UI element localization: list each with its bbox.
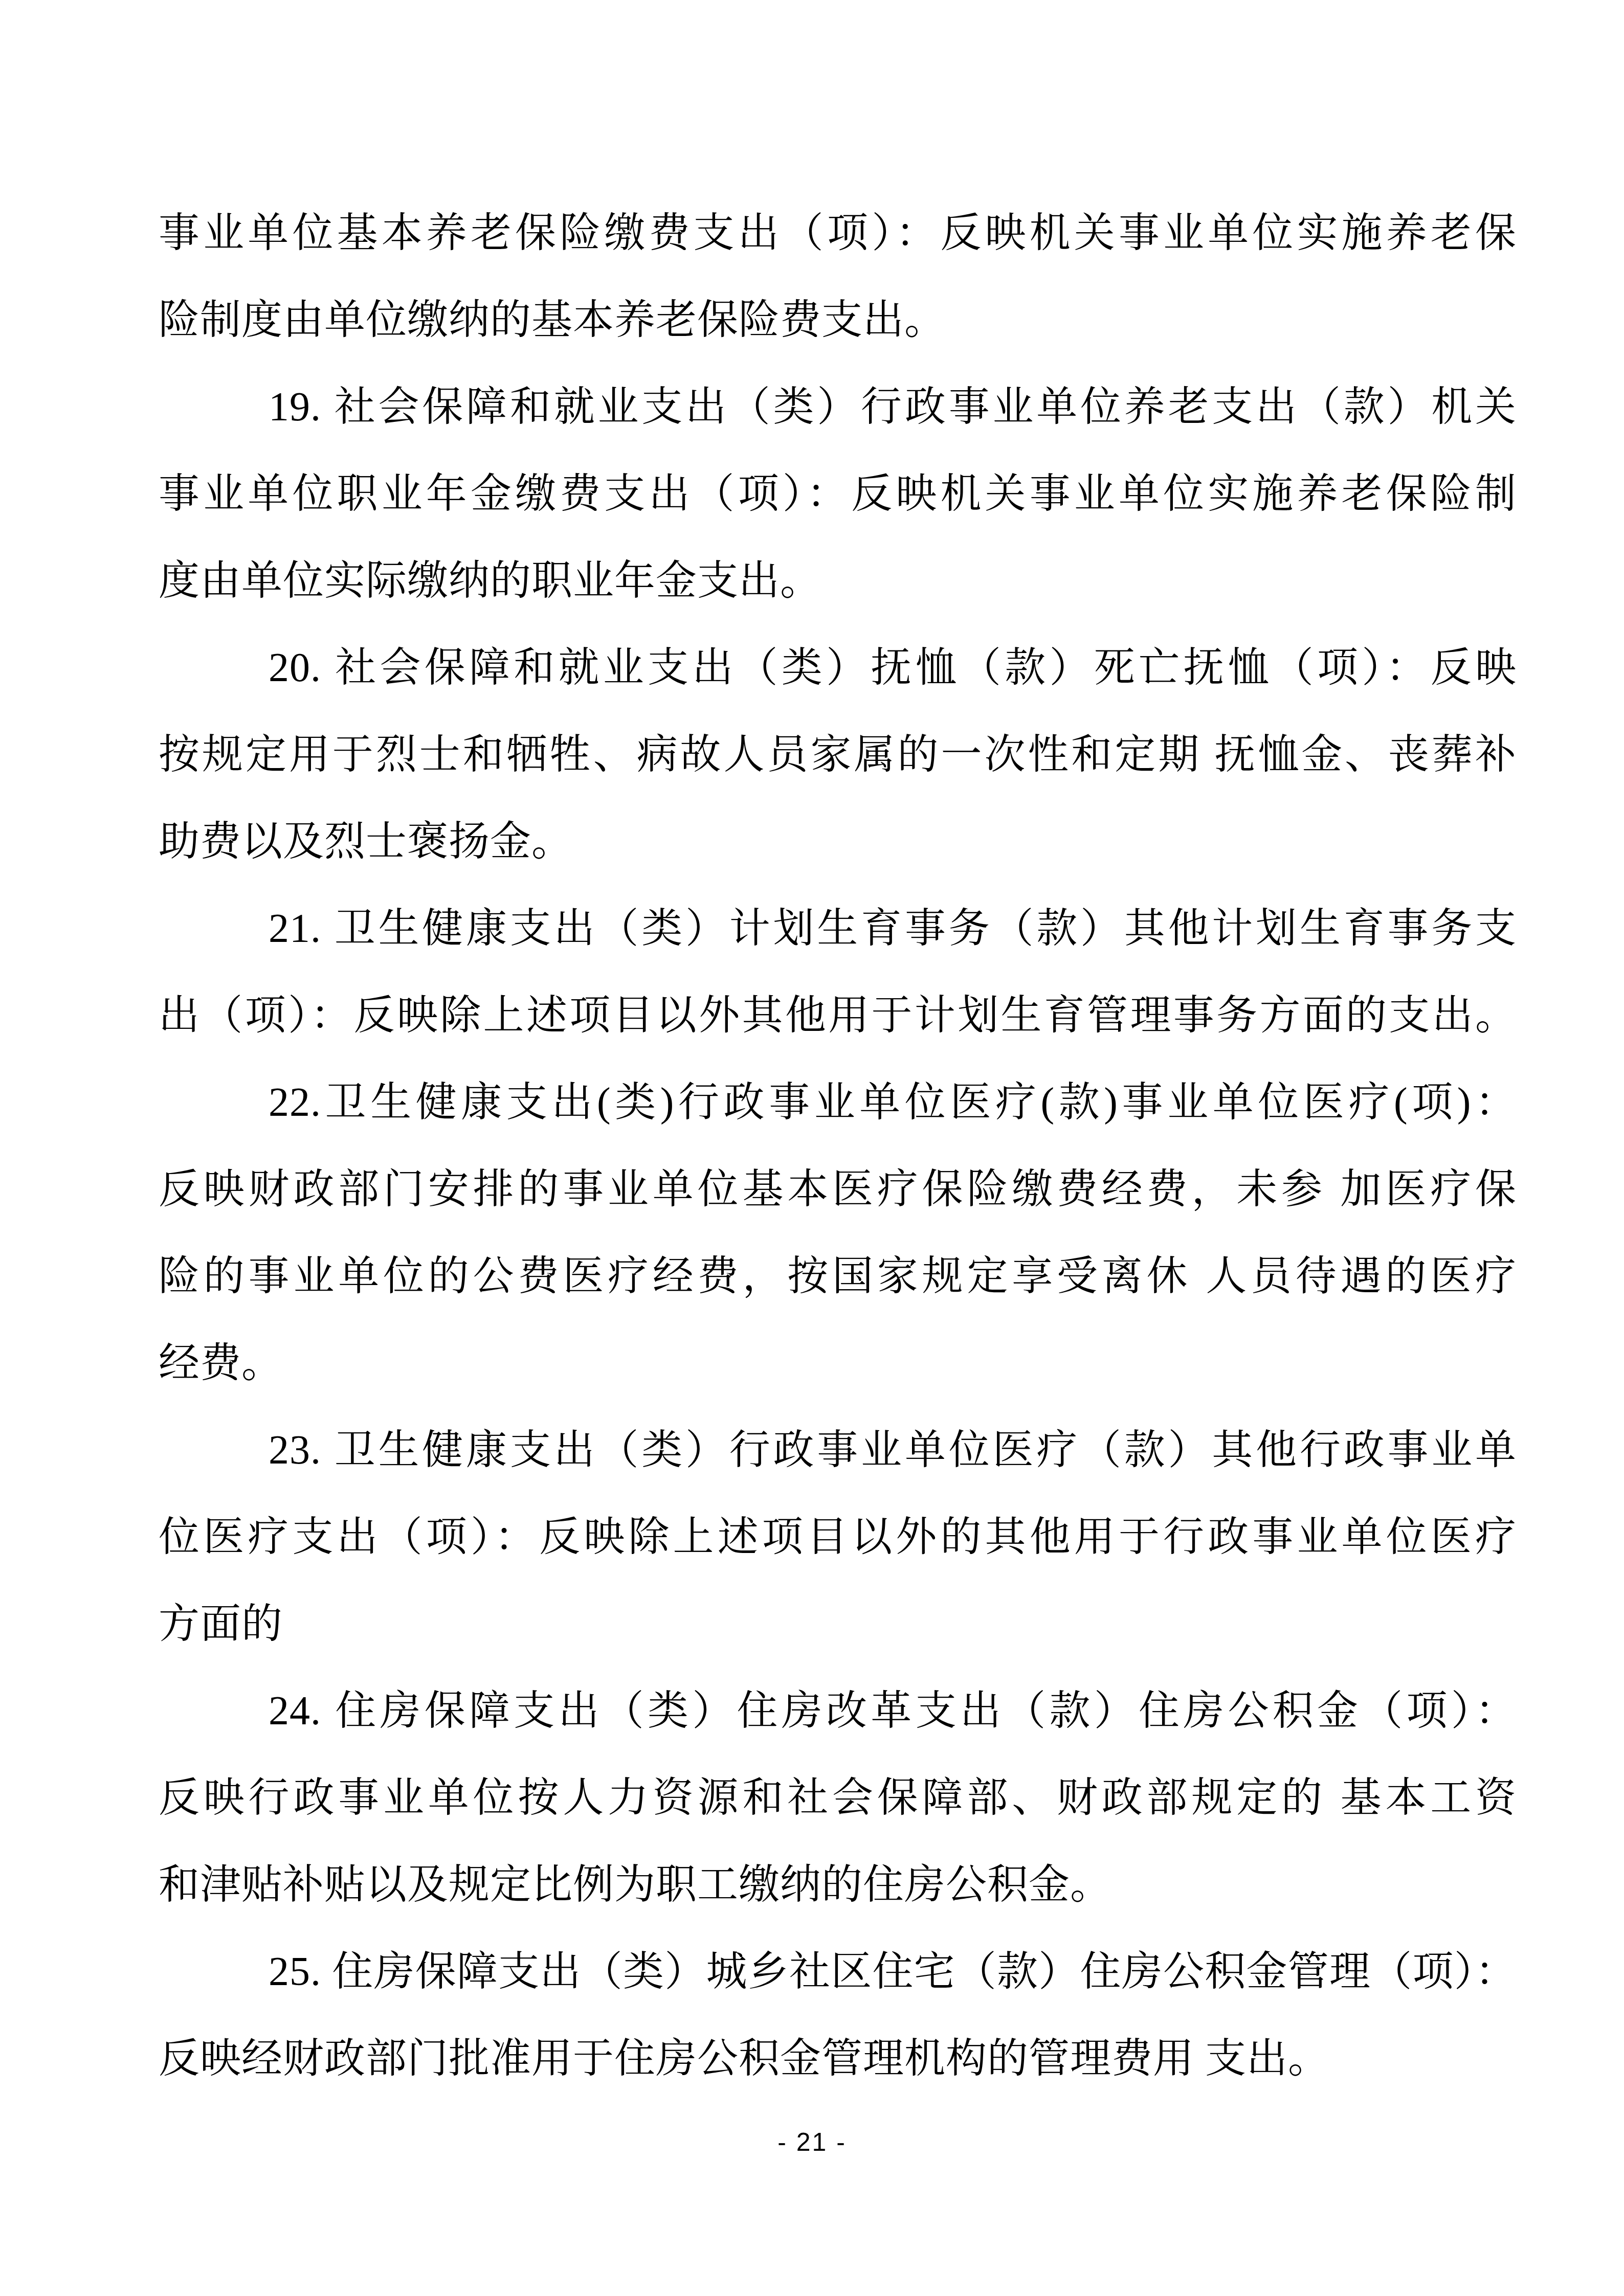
text-line: 位医疗支出（项）：反映除上述项目以外的其他用于行政事业单位医疗 xyxy=(159,1494,1517,1581)
text-line: 险的事业单位的公费医疗经费，按国家规定享受离休 人员待遇的医疗 xyxy=(159,1233,1517,1320)
text-line: 反映行政事业单位按人力资源和社会保障部、财政部规定的 基本工资 xyxy=(159,1754,1517,1841)
page-number: - 21 - xyxy=(0,2127,1624,2157)
document-body-text: 事业单位基本养老保险缴费支出（项）：反映机关事业单位实施养老保险制度由单位缴纳的… xyxy=(159,190,1517,2102)
text-line: 按规定用于烈士和牺牲、病故人员家属的一次性和定期 抚恤金、丧葬补 xyxy=(159,711,1517,798)
text-line: 20. 社会保障和就业支出（类）抚恤（款）死亡抚恤（项）：反映 xyxy=(159,624,1517,711)
text-line: 度由单位实际缴纳的职业年金支出。 xyxy=(159,537,1517,624)
text-line: 和津贴补贴以及规定比例为职工缴纳的住房公积金。 xyxy=(159,1841,1517,1928)
text-line: 方面的 xyxy=(159,1581,1517,1668)
text-line: 出（项）：反映除上述项目以外其他用于计划生育管理事务方面的支出。 xyxy=(159,972,1517,1059)
text-line: 19. 社会保障和就业支出（类）行政事业单位养老支出（款）机关 xyxy=(159,364,1517,451)
text-line: 险制度由单位缴纳的基本养老保险费支出。 xyxy=(159,277,1517,364)
document-page: 事业单位基本养老保险缴费支出（项）：反映机关事业单位实施养老保险制度由单位缴纳的… xyxy=(0,0,1624,2296)
text-line: 反映财政部门安排的事业单位基本医疗保险缴费经费，未参 加医疗保 xyxy=(159,1146,1517,1233)
text-line: 事业单位基本养老保险缴费支出（项）：反映机关事业单位实施养老保 xyxy=(159,190,1517,277)
text-line: 24. 住房保障支出（类）住房改革支出（款）住房公积金（项）： xyxy=(159,1668,1517,1754)
text-line: 25. 住房保障支出（类）城乡社区住宅（款）住房公积金管理（项）： xyxy=(159,1928,1517,2015)
text-line: 反映经财政部门批准用于住房公积金管理机构的管理费用 支出。 xyxy=(159,2015,1517,2102)
text-line: 事业单位职业年金缴费支出（项）：反映机关事业单位实施养老保险制 xyxy=(159,451,1517,537)
text-line: 22.卫生健康支出(类)行政事业单位医疗(款)事业单位医疗(项)： xyxy=(159,1059,1517,1146)
text-line: 21. 卫生健康支出（类）计划生育事务（款）其他计划生育事务支 xyxy=(159,885,1517,972)
text-line: 经费。 xyxy=(159,1320,1517,1407)
text-line: 23. 卫生健康支出（类）行政事业单位医疗（款）其他行政事业单 xyxy=(159,1407,1517,1494)
text-line: 助费以及烈士褒扬金。 xyxy=(159,798,1517,885)
